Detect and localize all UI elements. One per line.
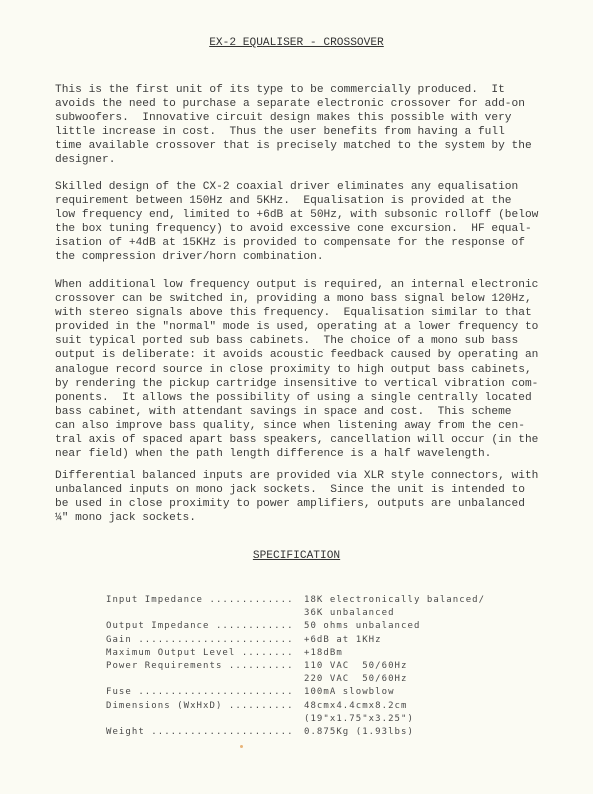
- paragraph-equalisation: Skilled design of the CX-2 coaxial drive…: [55, 180, 555, 265]
- spec-value: 36K unbalanced: [304, 607, 395, 620]
- spec-row: Input Impedance .............18K electro…: [106, 594, 485, 607]
- paper-speck: [240, 745, 243, 748]
- paragraph-intro: This is the first unit of its type to be…: [55, 83, 555, 168]
- spec-row: 220 VAC 50/60Hz: [106, 673, 485, 686]
- spec-value: +6dB at 1KHz: [304, 634, 382, 647]
- spec-value: 18K electronically balanced/: [304, 594, 485, 607]
- spec-label: Dimensions (WxHxD) ..........: [106, 700, 304, 713]
- spec-row: Weight ......................0.875Kg (1.…: [106, 726, 485, 739]
- spec-label: [106, 673, 304, 686]
- spec-value: 100mA slowblow: [304, 686, 395, 699]
- spec-row: 36K unbalanced: [106, 607, 485, 620]
- spec-row: Maximum Output Level ........+18dBm: [106, 647, 485, 660]
- spec-row: (19"x1.75"x3.25"): [106, 713, 485, 726]
- spec-row: Fuse ........................100mA slowb…: [106, 686, 485, 699]
- specification-table: Input Impedance .............18K electro…: [106, 594, 485, 739]
- spec-row: Gain ........................+6dB at 1KH…: [106, 634, 485, 647]
- spec-label: Maximum Output Level ........: [106, 647, 304, 660]
- paragraph-inputs-outputs: Differential balanced inputs are provide…: [55, 469, 555, 525]
- spec-value: 220 VAC 50/60Hz: [304, 673, 408, 686]
- document-title: EX-2 EQUALISER - CROSSOVER: [0, 37, 593, 49]
- spec-row: Output Impedance ............50 ohms unb…: [106, 620, 485, 633]
- spec-row: Dimensions (WxHxD) ..........48cmx4.4cmx…: [106, 700, 485, 713]
- spec-value: 0.875Kg (1.93lbs): [304, 726, 414, 739]
- spec-value: 48cmx4.4cmx8.2cm: [304, 700, 408, 713]
- spec-label: Fuse ........................: [106, 686, 304, 699]
- spec-value: +18dBm: [304, 647, 343, 660]
- paragraph-crossover: When additional low frequency output is …: [55, 278, 555, 461]
- spec-value: 110 VAC 50/60Hz: [304, 660, 408, 673]
- specification-heading: SPECIFICATION: [0, 550, 593, 562]
- spec-label: Input Impedance .............: [106, 594, 304, 607]
- spec-label: Weight ......................: [106, 726, 304, 739]
- spec-value: (19"x1.75"x3.25"): [304, 713, 414, 726]
- spec-label: [106, 713, 304, 726]
- spec-label: Gain ........................: [106, 634, 304, 647]
- spec-label: [106, 607, 304, 620]
- spec-value: 50 ohms unbalanced: [304, 620, 420, 633]
- spec-label: Output Impedance ............: [106, 620, 304, 633]
- document-page: EX-2 EQUALISER - CROSSOVER This is the f…: [0, 0, 593, 794]
- spec-row: Power Requirements ..........110 VAC 50/…: [106, 660, 485, 673]
- spec-label: Power Requirements ..........: [106, 660, 304, 673]
